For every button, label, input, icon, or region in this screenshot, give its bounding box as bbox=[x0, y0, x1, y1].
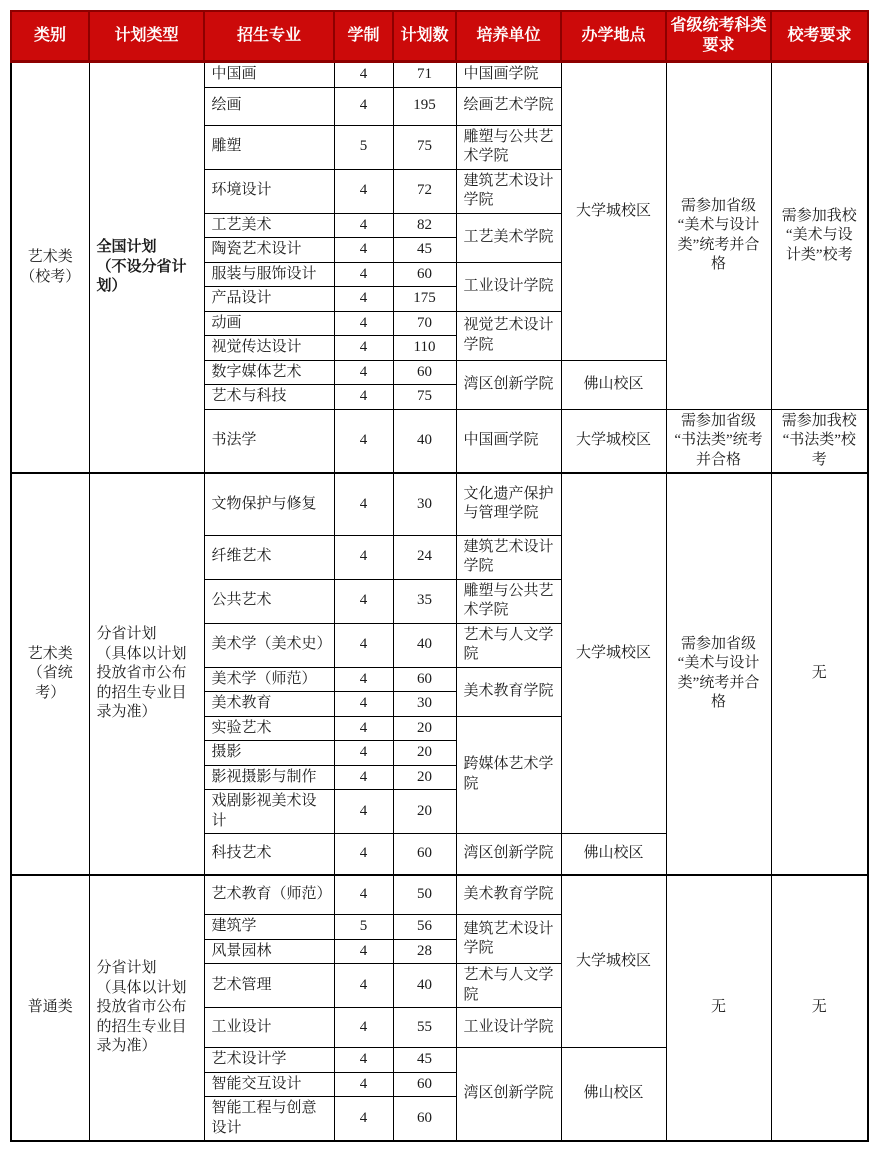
header-category: 类别 bbox=[11, 11, 89, 62]
cell-plan-count: 45 bbox=[393, 1048, 456, 1073]
cell-plan-count: 24 bbox=[393, 535, 456, 579]
cell-category: 艺术类 （省统考） bbox=[11, 473, 89, 875]
cell-major: 视觉传达设计 bbox=[204, 336, 334, 361]
cell-duration: 4 bbox=[334, 1097, 393, 1142]
cell-unit: 工艺美术学院 bbox=[456, 213, 561, 262]
cell-duration: 4 bbox=[334, 311, 393, 336]
cell-major: 艺术教育（师范） bbox=[204, 875, 334, 915]
cell-plan-count: 35 bbox=[393, 579, 456, 623]
cell-plan-type: 分省计划 （具体以计划投放省市公布的招生专业目录为准） bbox=[89, 473, 204, 875]
cell-location: 大学城校区 bbox=[561, 62, 666, 361]
page: 类别计划类型招生专业学制计划数培养单位办学地点省级统考科类要求校考要求 艺术类 … bbox=[0, 0, 878, 1152]
cell-school-exam: 无 bbox=[771, 875, 868, 1142]
cell-plan-count: 30 bbox=[393, 692, 456, 717]
cell-provincial-exam: 无 bbox=[666, 875, 771, 1142]
cell-plan-count: 50 bbox=[393, 875, 456, 915]
cell-plan-count: 82 bbox=[393, 213, 456, 238]
cell-duration: 4 bbox=[334, 360, 393, 385]
cell-location: 大学城校区 bbox=[561, 473, 666, 834]
cell-category: 普通类 bbox=[11, 875, 89, 1142]
cell-provincial-exam: 需参加省级“美术与设计类”统考并合格 bbox=[666, 473, 771, 875]
table-row: 艺术类 （校考）全国计划 （不设分省计划）中国画471中国画学院大学城校区需参加… bbox=[11, 62, 868, 88]
cell-plan-count: 56 bbox=[393, 915, 456, 940]
cell-major: 服装与服饰设计 bbox=[204, 262, 334, 287]
cell-plan-count: 72 bbox=[393, 169, 456, 213]
cell-major: 艺术设计学 bbox=[204, 1048, 334, 1073]
cell-duration: 4 bbox=[334, 1072, 393, 1097]
header-duration: 学制 bbox=[334, 11, 393, 62]
cell-major: 摄影 bbox=[204, 741, 334, 766]
cell-unit: 建筑艺术设计学院 bbox=[456, 535, 561, 579]
header-school-exam: 校考要求 bbox=[771, 11, 868, 62]
cell-unit: 中国画学院 bbox=[456, 409, 561, 473]
cell-unit: 工业设计学院 bbox=[456, 1008, 561, 1048]
cell-school-exam: 无 bbox=[771, 473, 868, 875]
cell-duration: 4 bbox=[334, 535, 393, 579]
cell-major: 书法学 bbox=[204, 409, 334, 473]
cell-plan-count: 40 bbox=[393, 409, 456, 473]
cell-duration: 4 bbox=[334, 385, 393, 410]
cell-major: 工业设计 bbox=[204, 1008, 334, 1048]
cell-duration: 4 bbox=[334, 579, 393, 623]
cell-duration: 4 bbox=[334, 473, 393, 535]
cell-plan-count: 70 bbox=[393, 311, 456, 336]
cell-unit: 跨媒体艺术学院 bbox=[456, 716, 561, 834]
cell-provincial-exam: 需参加省级“美术与设计类”统考并合格 bbox=[666, 62, 771, 410]
cell-plan-count: 20 bbox=[393, 716, 456, 741]
cell-major: 环境设计 bbox=[204, 169, 334, 213]
cell-location: 佛山校区 bbox=[561, 1048, 666, 1142]
cell-major: 陶瓷艺术设计 bbox=[204, 238, 334, 263]
enrollment-plan-table: 类别计划类型招生专业学制计划数培养单位办学地点省级统考科类要求校考要求 艺术类 … bbox=[10, 10, 869, 1142]
cell-major: 风景园林 bbox=[204, 939, 334, 964]
cell-major: 艺术管理 bbox=[204, 964, 334, 1008]
cell-location: 大学城校区 bbox=[561, 409, 666, 473]
cell-major: 产品设计 bbox=[204, 287, 334, 312]
cell-unit: 建筑艺术设计学院 bbox=[456, 169, 561, 213]
cell-unit: 湾区创新学院 bbox=[456, 1048, 561, 1142]
cell-major: 建筑学 bbox=[204, 915, 334, 940]
cell-unit: 绘画艺术学院 bbox=[456, 87, 561, 125]
cell-major: 戏剧影视美术设计 bbox=[204, 790, 334, 834]
cell-major: 影视摄影与制作 bbox=[204, 765, 334, 790]
cell-plan-count: 20 bbox=[393, 741, 456, 766]
cell-duration: 4 bbox=[334, 287, 393, 312]
cell-plan-count: 40 bbox=[393, 623, 456, 667]
cell-duration: 4 bbox=[334, 1048, 393, 1073]
header-location: 办学地点 bbox=[561, 11, 666, 62]
cell-unit: 雕塑与公共艺术学院 bbox=[456, 579, 561, 623]
cell-plan-count: 71 bbox=[393, 62, 456, 88]
header-row: 类别计划类型招生专业学制计划数培养单位办学地点省级统考科类要求校考要求 bbox=[11, 11, 868, 62]
cell-major: 美术教育 bbox=[204, 692, 334, 717]
cell-major: 公共艺术 bbox=[204, 579, 334, 623]
cell-plan-count: 75 bbox=[393, 385, 456, 410]
cell-plan-count: 60 bbox=[393, 667, 456, 692]
cell-location: 大学城校区 bbox=[561, 875, 666, 1048]
cell-school-exam: 需参加我校“书法类”校考 bbox=[771, 409, 868, 473]
cell-major: 文物保护与修复 bbox=[204, 473, 334, 535]
cell-major: 雕塑 bbox=[204, 125, 334, 169]
cell-location: 佛山校区 bbox=[561, 360, 666, 409]
cell-duration: 4 bbox=[334, 623, 393, 667]
table-header: 类别计划类型招生专业学制计划数培养单位办学地点省级统考科类要求校考要求 bbox=[11, 11, 868, 62]
cell-duration: 4 bbox=[334, 262, 393, 287]
cell-plan-count: 60 bbox=[393, 834, 456, 875]
cell-duration: 4 bbox=[334, 834, 393, 875]
table-body: 艺术类 （校考）全国计划 （不设分省计划）中国画471中国画学院大学城校区需参加… bbox=[11, 62, 868, 1142]
cell-duration: 5 bbox=[334, 915, 393, 940]
cell-unit: 湾区创新学院 bbox=[456, 834, 561, 875]
cell-duration: 4 bbox=[334, 765, 393, 790]
cell-major: 动画 bbox=[204, 311, 334, 336]
cell-location: 佛山校区 bbox=[561, 834, 666, 875]
cell-plan-type: 分省计划 （具体以计划投放省市公布的招生专业目录为准） bbox=[89, 875, 204, 1142]
cell-plan-count: 75 bbox=[393, 125, 456, 169]
cell-unit: 工业设计学院 bbox=[456, 262, 561, 311]
cell-unit: 建筑艺术设计学院 bbox=[456, 915, 561, 964]
cell-duration: 4 bbox=[334, 213, 393, 238]
cell-major: 智能交互设计 bbox=[204, 1072, 334, 1097]
cell-plan-count: 60 bbox=[393, 1072, 456, 1097]
cell-plan-count: 30 bbox=[393, 473, 456, 535]
cell-unit: 艺术与人文学院 bbox=[456, 623, 561, 667]
cell-major: 中国画 bbox=[204, 62, 334, 88]
cell-unit: 湾区创新学院 bbox=[456, 360, 561, 409]
cell-duration: 4 bbox=[334, 875, 393, 915]
cell-duration: 4 bbox=[334, 741, 393, 766]
header-plan-count: 计划数 bbox=[393, 11, 456, 62]
cell-duration: 4 bbox=[334, 716, 393, 741]
cell-plan-count: 60 bbox=[393, 360, 456, 385]
cell-plan-count: 60 bbox=[393, 262, 456, 287]
cell-major: 美术学（美术史） bbox=[204, 623, 334, 667]
cell-unit: 美术教育学院 bbox=[456, 875, 561, 915]
header-unit: 培养单位 bbox=[456, 11, 561, 62]
cell-major: 纤维艺术 bbox=[204, 535, 334, 579]
cell-category: 艺术类 （校考） bbox=[11, 62, 89, 474]
cell-plan-count: 195 bbox=[393, 87, 456, 125]
cell-plan-count: 20 bbox=[393, 790, 456, 834]
cell-provincial-exam: 需参加省级“书法类”统考并合格 bbox=[666, 409, 771, 473]
cell-plan-count: 110 bbox=[393, 336, 456, 361]
cell-plan-count: 60 bbox=[393, 1097, 456, 1142]
cell-major: 数字媒体艺术 bbox=[204, 360, 334, 385]
cell-plan-count: 40 bbox=[393, 964, 456, 1008]
cell-plan-count: 20 bbox=[393, 765, 456, 790]
cell-duration: 4 bbox=[334, 964, 393, 1008]
cell-plan-count: 28 bbox=[393, 939, 456, 964]
cell-duration: 4 bbox=[334, 692, 393, 717]
cell-major: 工艺美术 bbox=[204, 213, 334, 238]
cell-unit: 雕塑与公共艺术学院 bbox=[456, 125, 561, 169]
cell-major: 绘画 bbox=[204, 87, 334, 125]
cell-major: 艺术与科技 bbox=[204, 385, 334, 410]
header-provincial-exam: 省级统考科类要求 bbox=[666, 11, 771, 62]
cell-duration: 5 bbox=[334, 125, 393, 169]
cell-duration: 4 bbox=[334, 790, 393, 834]
cell-unit: 艺术与人文学院 bbox=[456, 964, 561, 1008]
cell-duration: 4 bbox=[334, 87, 393, 125]
cell-duration: 4 bbox=[334, 409, 393, 473]
cell-duration: 4 bbox=[334, 667, 393, 692]
cell-plan-count: 55 bbox=[393, 1008, 456, 1048]
cell-unit: 视觉艺术设计学院 bbox=[456, 311, 561, 360]
header-major: 招生专业 bbox=[204, 11, 334, 62]
cell-major: 实验艺术 bbox=[204, 716, 334, 741]
table-row: 普通类分省计划 （具体以计划投放省市公布的招生专业目录为准）艺术教育（师范）45… bbox=[11, 875, 868, 915]
cell-plan-count: 175 bbox=[393, 287, 456, 312]
cell-plan-type: 全国计划 （不设分省计划） bbox=[89, 62, 204, 474]
cell-major: 美术学（师范） bbox=[204, 667, 334, 692]
cell-school-exam: 需参加我校“美术与设计类”校考 bbox=[771, 62, 868, 410]
cell-major: 智能工程与创意设计 bbox=[204, 1097, 334, 1142]
header-plan-type: 计划类型 bbox=[89, 11, 204, 62]
cell-duration: 4 bbox=[334, 939, 393, 964]
cell-unit: 文化遗产保护与管理学院 bbox=[456, 473, 561, 535]
cell-unit: 美术教育学院 bbox=[456, 667, 561, 716]
cell-duration: 4 bbox=[334, 169, 393, 213]
cell-duration: 4 bbox=[334, 336, 393, 361]
cell-duration: 4 bbox=[334, 1008, 393, 1048]
cell-major: 科技艺术 bbox=[204, 834, 334, 875]
cell-unit: 中国画学院 bbox=[456, 62, 561, 88]
cell-plan-count: 45 bbox=[393, 238, 456, 263]
cell-duration: 4 bbox=[334, 238, 393, 263]
table-row: 艺术类 （省统考）分省计划 （具体以计划投放省市公布的招生专业目录为准）文物保护… bbox=[11, 473, 868, 535]
cell-duration: 4 bbox=[334, 62, 393, 88]
